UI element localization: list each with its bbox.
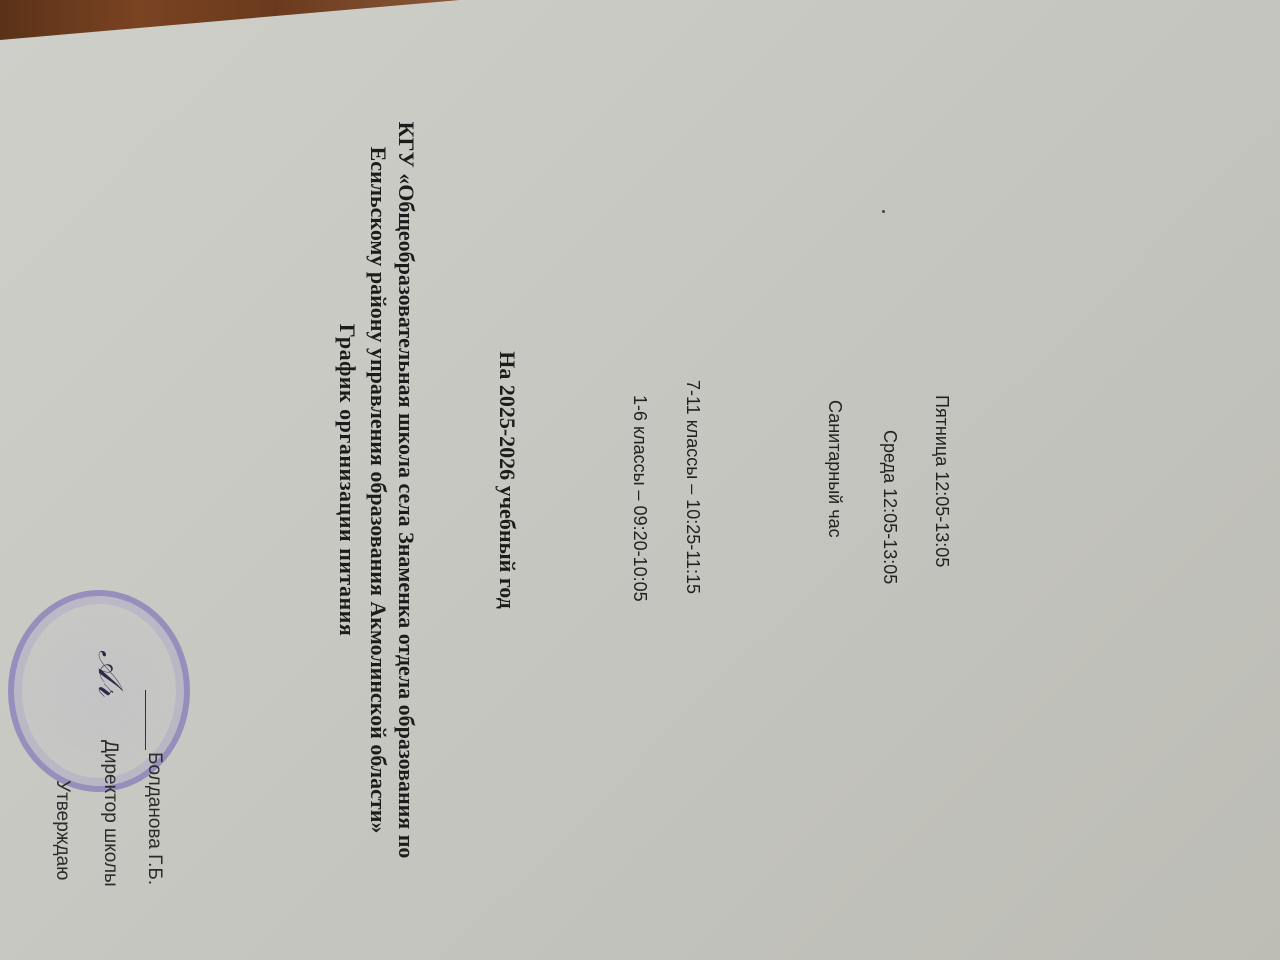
document-page: 𝒜𝓇 Утверждаю Директор школы Болданова Г.… xyxy=(0,0,1280,960)
approval-name: Болданова Г.Б. xyxy=(144,752,165,885)
sanitary-item: Пятница 12:05-13:05 xyxy=(931,395,952,567)
document-title: График организации питания xyxy=(334,0,360,960)
ink-dot xyxy=(882,210,885,213)
academic-year: На 2025-2026 учебный год xyxy=(494,0,520,960)
sanitary-item: Среда 12:05-13:05 xyxy=(879,430,900,584)
meal-schedule-item: 7-11 классы – 10:25-11:15 xyxy=(682,380,703,594)
approval-name-block: Болданова Г.Б. xyxy=(145,690,164,885)
approval-role: Директор школы xyxy=(101,740,120,887)
meal-schedule-item: 1-6 классы – 09:20-10:05 xyxy=(629,395,650,602)
approval-title: Утверждаю xyxy=(53,780,72,880)
signature: 𝒜𝓇 xyxy=(80,650,130,740)
organization-name: КГУ «Общеобразовательная школа села Знам… xyxy=(364,100,420,880)
signature-line xyxy=(145,690,146,750)
sanitary-heading: Санитарный час xyxy=(824,400,845,538)
